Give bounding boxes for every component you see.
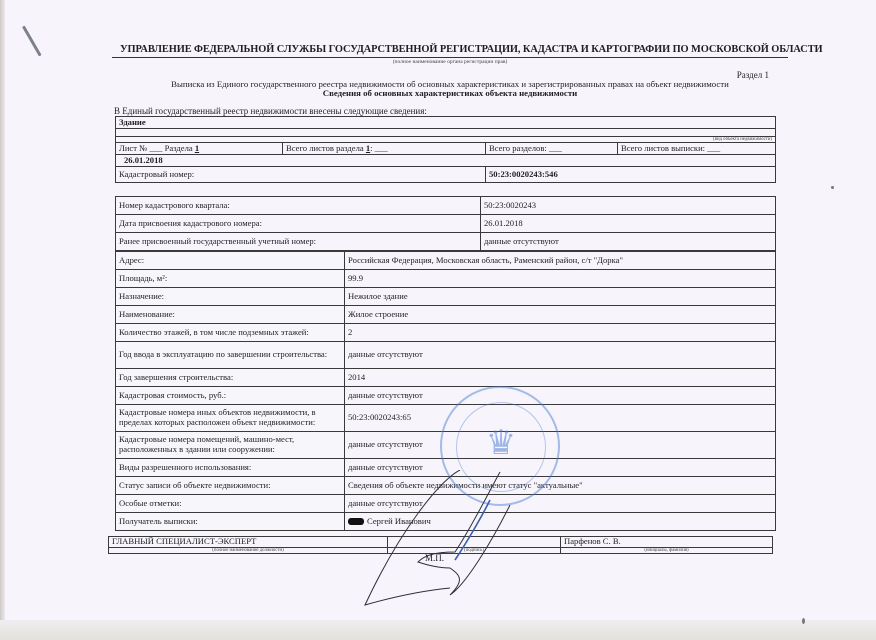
page-edge	[0, 0, 5, 640]
row-label: Статус записи об объекте недвижимости:	[116, 477, 345, 495]
position-caption: (полное наименование должности)	[109, 548, 388, 554]
total-extract-sheets-label: Всего листов выписки:	[621, 143, 705, 153]
row-label: Номер кадастрового квартала:	[116, 197, 481, 215]
row-value: 2	[345, 324, 776, 342]
table-row: Площадь, м²:99.9	[116, 270, 776, 288]
official-name: Парфенов С. В.	[561, 537, 773, 548]
table-row: Номер кадастрового квартала: 50:23:00202…	[116, 197, 776, 215]
table-row: Кадастровая стоимость, руб.:данные отсут…	[116, 387, 776, 405]
row-label: Площадь, м²:	[116, 270, 345, 288]
sheet-number-cell: Лист № ___ Раздела 1	[116, 143, 283, 155]
total-extract-sheets-cell: Всего листов выписки: ___	[618, 143, 776, 155]
section-number-value: 1	[195, 143, 199, 153]
row-value: 50:23:0020243:65	[345, 405, 776, 432]
signature-table: ГЛАВНЫЙ СПЕЦИАЛИСТ-ЭКСПЕРТ Парфенов С. В…	[108, 536, 773, 554]
coat-of-arms-icon: ♛	[476, 422, 526, 466]
row-value: 50:23:0020243	[481, 197, 776, 215]
row-value: данные отсутствуют	[481, 233, 776, 251]
recipient-cell: Сергей Иванович	[345, 513, 776, 531]
table-row: Дата присвоения кадастрового номера: 26.…	[116, 215, 776, 233]
table-row: Адрес:Российская Федерация, Московская о…	[116, 252, 776, 270]
redaction-mark	[348, 518, 364, 525]
total-sections-blank: ___	[549, 143, 562, 153]
object-type: Здание	[116, 117, 776, 129]
organization-title: УПРАВЛЕНИЕ ФЕДЕРАЛЬНОЙ СЛУЖБЫ ГОСУДАРСТВ…	[120, 44, 788, 55]
total-sheets-section-label: Всего листов раздела	[286, 143, 364, 153]
table-row: Статус записи об объекте недвижимости:Св…	[116, 477, 776, 495]
total-sections-cell: Всего разделов: ___	[486, 143, 618, 155]
sheet-blank: ___	[150, 143, 163, 153]
table-row: Год ввода в эксплуатацию по завершении с…	[116, 342, 776, 369]
staple-mark	[22, 26, 42, 57]
object-header-table: Здание (вид объекта недвижимости) Лист №…	[115, 116, 776, 183]
extract-subtitle: Сведения об основных характеристиках объ…	[112, 88, 788, 98]
total-sections-label: Всего разделов:	[489, 143, 547, 153]
table-row: Наименование:Жилое строение	[116, 306, 776, 324]
table-row: Назначение:Нежилое здание	[116, 288, 776, 306]
row-label: Кадастровые номера помещений, машино-мес…	[116, 432, 345, 459]
table-row: Год завершения строительства:2014	[116, 369, 776, 387]
row-label: Виды разрешенного использования:	[116, 459, 345, 477]
organization-caption: (полное наименование органа регистрации …	[112, 59, 788, 65]
total-extract-sheets-blank: ___	[707, 143, 720, 153]
characteristics-table: Адрес:Российская Федерация, Московская о…	[115, 251, 776, 531]
total-sheets-section-value: 1	[366, 143, 370, 153]
official-position: ГЛАВНЫЙ СПЕЦИАЛИСТ-ЭКСПЕРТ	[109, 537, 388, 548]
cadastral-number-value: 50:23:0020243:546	[486, 167, 776, 183]
row-label: Получатель выписки:	[116, 513, 345, 531]
sheet-label: Лист №	[119, 143, 147, 153]
cadastral-number-label: Кадастровый номер:	[116, 167, 486, 183]
row-value: данные отсутствуют	[345, 459, 776, 477]
table-row: Ранее присвоенный государственный учетны…	[116, 233, 776, 251]
row-value: данные отсутствуют	[345, 342, 776, 369]
row-label: Кадастровые номера иных объектов недвижи…	[116, 405, 345, 432]
cadastral-info-table: Номер кадастрового квартала: 50:23:00202…	[115, 196, 776, 251]
row-value: 26.01.2018	[481, 215, 776, 233]
row-value: Сведения об объекте недвижимости имеют с…	[345, 477, 776, 495]
speck	[831, 186, 834, 189]
row-value: 99.9	[345, 270, 776, 288]
signature-field	[388, 537, 561, 548]
row-value: Сергей Иванович	[367, 516, 431, 526]
signature-caption: (подпись)	[388, 548, 561, 554]
row-label: Особые отметки:	[116, 495, 345, 513]
row-label: Назначение:	[116, 288, 345, 306]
name-caption: (инициалы, фамилия)	[561, 548, 773, 554]
row-label: Адрес:	[116, 252, 345, 270]
total-sheets-section-cell: Всего листов раздела 1: ___	[283, 143, 486, 155]
seal-place-label: М.П.	[425, 553, 444, 563]
table-row: Количество этажей, в том числе подземных…	[116, 324, 776, 342]
table-row: Получатель выписки:Сергей Иванович	[116, 513, 776, 531]
table-row: Особые отметки:данные отсутствуют	[116, 495, 776, 513]
page-bottom-edge	[0, 620, 876, 640]
row-value: Жилое строение	[345, 306, 776, 324]
row-label: Ранее присвоенный государственный учетны…	[116, 233, 481, 251]
extract-date: 26.01.2018	[116, 155, 776, 167]
speck	[802, 618, 805, 624]
row-label: Количество этажей, в том числе подземных…	[116, 324, 345, 342]
row-label: Дата присвоения кадастрового номера:	[116, 215, 481, 233]
row-value: Нежилое здание	[345, 288, 776, 306]
row-value: 2014	[345, 369, 776, 387]
row-label: Год ввода в эксплуатацию по завершении с…	[116, 342, 345, 369]
total-sheets-section-blank: ___	[375, 143, 388, 153]
row-value: Российская Федерация, Московская область…	[345, 252, 776, 270]
organization-underline	[112, 57, 788, 58]
row-value: данные отсутствуют	[345, 387, 776, 405]
row-label: Год завершения строительства:	[116, 369, 345, 387]
row-value: данные отсутствуют	[345, 495, 776, 513]
intro-text: В Единый государственный реестр недвижим…	[114, 106, 427, 116]
row-label: Наименование:	[116, 306, 345, 324]
row-label: Кадастровая стоимость, руб.:	[116, 387, 345, 405]
section-number-label: Раздела	[165, 143, 193, 153]
row-value: данные отсутствуют	[345, 432, 776, 459]
official-seal: ♛	[440, 386, 560, 506]
